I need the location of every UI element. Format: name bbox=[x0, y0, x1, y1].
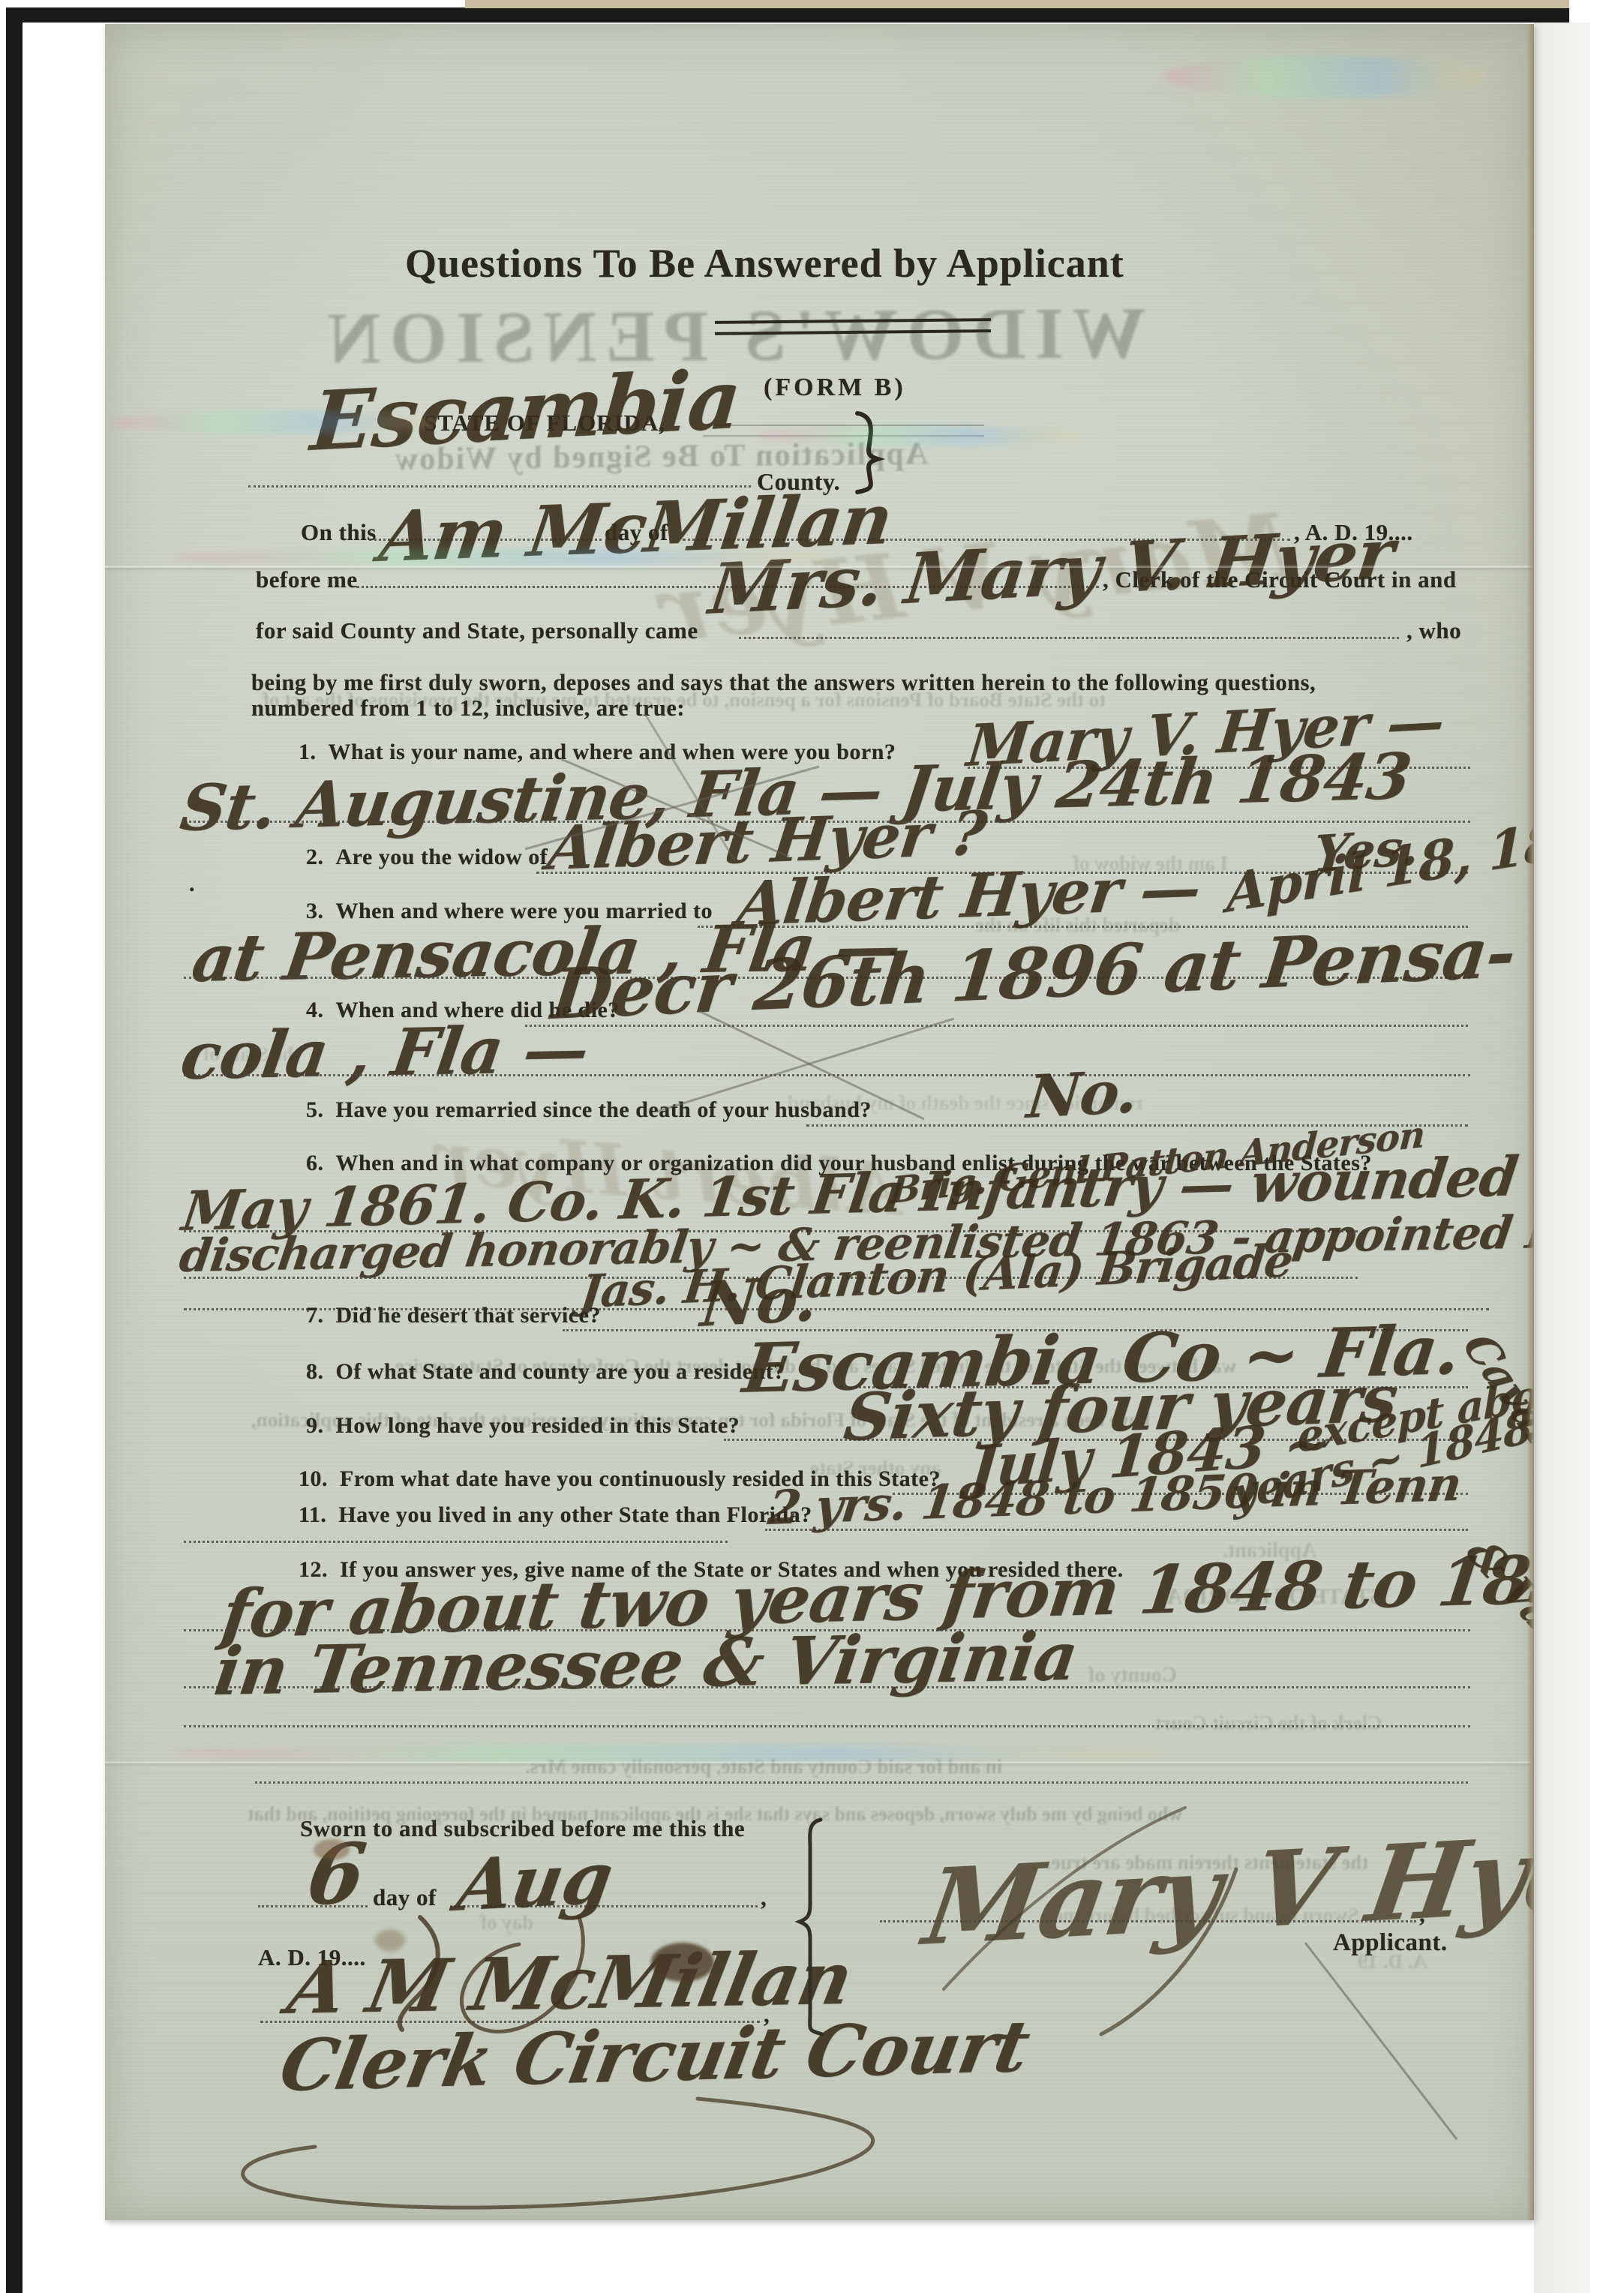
glare-streak bbox=[758, 426, 1080, 446]
ink-smudge bbox=[314, 1839, 350, 1860]
bleedthrough-line: County of bbox=[1088, 1664, 1177, 1688]
question-number: 9. bbox=[306, 1413, 324, 1438]
sworn-paragraph-2: numbered from 1 to 12, inclusive, are tr… bbox=[251, 695, 685, 722]
answer-12-line2: in Tennessee & Virginia bbox=[210, 1617, 1082, 1710]
question-2: 2. Are you the widow of bbox=[306, 845, 548, 870]
month-handwritten: Aug bbox=[452, 1836, 617, 1928]
question-number: 10. bbox=[299, 1466, 328, 1491]
applicant-dots bbox=[880, 1920, 1416, 1922]
on-this-label: On this bbox=[301, 519, 377, 546]
glare-streak bbox=[169, 1745, 1166, 1762]
answer-5-inline: No. bbox=[1024, 1058, 1141, 1132]
paper: WIDOW'S PENSION Application To Be Signed… bbox=[105, 24, 1534, 2220]
question-number: 11. bbox=[299, 1502, 326, 1527]
question-text: How long have you resided in this State? bbox=[336, 1413, 740, 1438]
came-line: for said County and State, personally ca… bbox=[256, 617, 698, 644]
footer-comma: , bbox=[761, 1884, 767, 1911]
answer-4-line2: cola , Fla — bbox=[176, 1011, 593, 1094]
fold-crease bbox=[105, 1761, 1534, 1763]
came-dots bbox=[739, 637, 1399, 639]
applicant-comma: , bbox=[1419, 1901, 1425, 1928]
question-7: 7. Did he desert that service? bbox=[306, 1303, 601, 1328]
question-text: Did he desert that service? bbox=[336, 1303, 601, 1328]
bleedthrough-line: Clerk of the Circuit Court bbox=[1155, 1712, 1382, 1735]
question-9: 9. How long have you resided in this Sta… bbox=[306, 1413, 740, 1439]
question-number: 7. bbox=[306, 1303, 324, 1328]
answer-dots bbox=[184, 1686, 1470, 1688]
sworn-paragraph-1: being by me first duly sworn, deposes an… bbox=[251, 670, 1316, 696]
scanner-edge-left bbox=[6, 8, 23, 2293]
question-text: Are you the widow of bbox=[336, 845, 548, 869]
glare-streak bbox=[173, 549, 833, 566]
form-b-label: (FORM B) bbox=[764, 374, 906, 402]
blank-dots bbox=[255, 1781, 1468, 1784]
question-number: 2. bbox=[306, 845, 324, 869]
scanned-document: WIDOW'S PENSION Application To Be Signed… bbox=[0, 0, 1624, 2293]
footer-day-of: day of bbox=[373, 1884, 437, 1911]
footer-day-dots bbox=[258, 1905, 368, 1907]
question-text: Have you lived in any other State than F… bbox=[338, 1502, 812, 1527]
question-8: 8. Of what State and county are you a re… bbox=[306, 1359, 785, 1385]
answer-3-right: April 18, 1866 bbox=[1226, 798, 1534, 925]
paper-edge-right bbox=[1526, 24, 1534, 2220]
scanner-edge-top bbox=[6, 8, 1569, 23]
sleeve-right bbox=[1534, 23, 1590, 2293]
ink-blob bbox=[651, 1943, 714, 1982]
question-11: 11. Have you lived in any other State th… bbox=[299, 1502, 812, 1528]
question-5: 5. Have you remarried since the death of… bbox=[306, 1097, 872, 1123]
blank-dots bbox=[184, 1725, 1470, 1727]
form-title: Questions To Be Answered by Applicant bbox=[405, 240, 1124, 287]
question-number: 5. bbox=[306, 1097, 324, 1122]
glare-streak bbox=[1163, 56, 1485, 98]
clerk-flourish bbox=[243, 2099, 873, 2207]
answer-dots bbox=[184, 1074, 1470, 1076]
stray-dot: . bbox=[189, 872, 195, 897]
question-text: Of what State and county are you a resid… bbox=[336, 1359, 785, 1384]
question-number: 6. bbox=[306, 1151, 324, 1175]
applicant-label: Applicant. bbox=[1333, 1929, 1448, 1957]
ink-smudge bbox=[375, 1929, 405, 1952]
before-me-label: before me bbox=[256, 566, 358, 593]
fold-crease bbox=[105, 566, 1534, 568]
question-number: 8. bbox=[306, 1359, 324, 1384]
question-text: Have you remarried since the death of yo… bbox=[336, 1097, 872, 1122]
came-suffix: , who bbox=[1406, 617, 1461, 644]
scanner-lid-strip bbox=[465, 0, 1569, 8]
question-number: 1. bbox=[299, 740, 317, 764]
glare-streak bbox=[113, 411, 435, 434]
answer-dots bbox=[184, 1541, 728, 1543]
